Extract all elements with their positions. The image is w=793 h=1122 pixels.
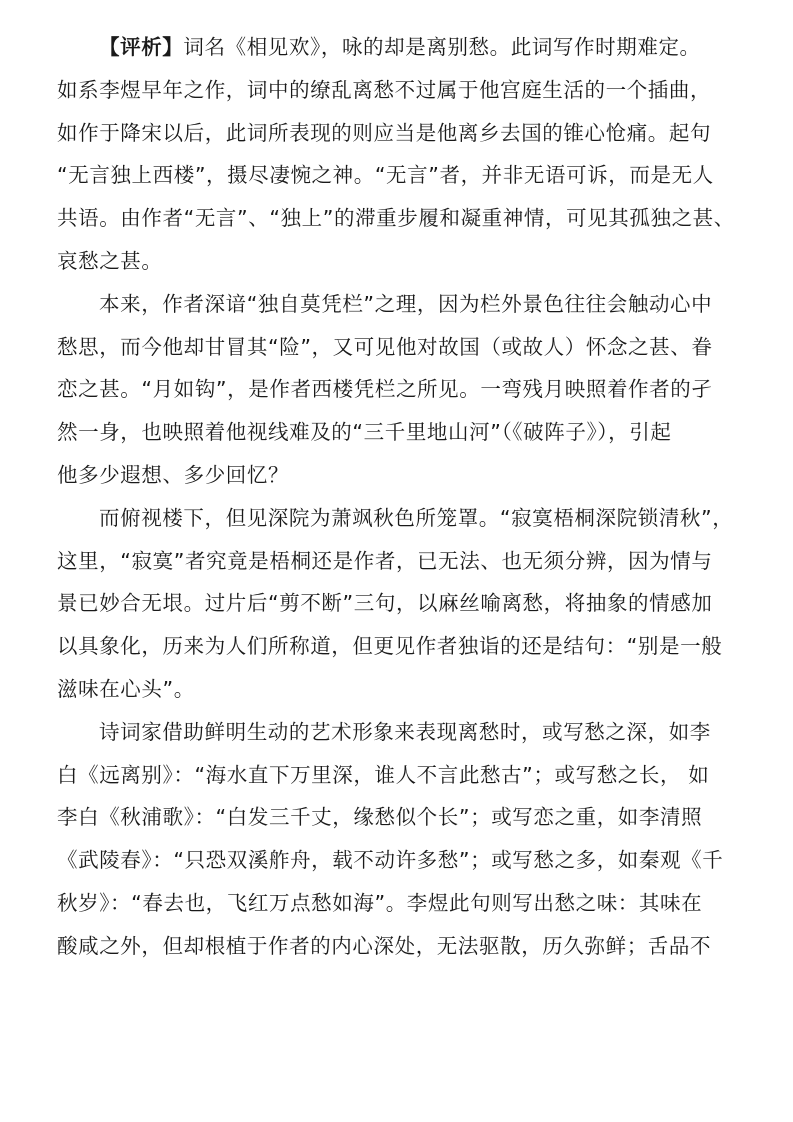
text-line: 如系李煜早年之作，词中的缭乱离愁不过属于他宫庭生活的一个插曲，: [57, 69, 737, 112]
text-line: 然一身，也映照着他视线难及的“三千里地山河”（《破阵子》），引起: [57, 411, 737, 454]
text-line: 这里，“寂寞”者究竟是梧桐还是作者，已无法、也无须分辨，因为情与: [57, 540, 737, 583]
paragraph-railing: 本来，作者深谙“独自莫凭栏”之理，因为栏外景色往往会触动心中 愁思，而今他却甘冒…: [57, 283, 737, 497]
text-line: 以具象化，历来为人们所称道，但更见作者独诣的还是结句：“别是一般: [57, 625, 737, 668]
text-line: “无言独上西楼”，摄尽凄惋之神。“无言”者，并非无语可诉，而是无人: [57, 154, 737, 197]
text-line: 他多少遐想、多少回忆？: [57, 454, 737, 497]
text-line: 恋之甚。“月如钩”，是作者西楼凭栏之所见。一弯残月映照着作者的孑: [57, 368, 737, 411]
text-line: 酸咸之外，但却根植于作者的内心深处，无法驱散，历久弥鲜；舌品不: [57, 925, 737, 968]
paragraph-courtyard: 而俯视楼下，但见深院为萧飒秋色所笼罩。“寂寞梧桐深院锁清秋”， 这里，“寂寞”者…: [57, 497, 737, 711]
text-line: 诗词家借助鲜明生动的艺术形象来表现离愁时，或写愁之深，如李: [57, 711, 737, 754]
commentary-label: 【评析】: [99, 35, 183, 59]
text-line: 李白《秋浦歌》：“白发三千丈，缘愁似个长”；或写恋之重，如李清照: [57, 796, 737, 839]
text-line: 《武陵春》：“只恐双溪舴舟，载不动许多愁”；或写愁之多，如秦观《千: [57, 839, 737, 882]
text-line: 愁思，而今他却甘冒其“险”，又可见他对故国（或故人）怀念之甚、眷: [57, 326, 737, 369]
text-line: 滋味在心头”。: [57, 668, 737, 711]
text-line: 如作于降宋以后，此词所表现的则应当是他离乡去国的锥心怆痛。起句: [57, 112, 737, 155]
text-line: 共语。由作者“无言”、“独上”的滞重步履和凝重神情，可见其孤独之甚、: [57, 197, 737, 240]
text-line: 秋岁》：“春去也，飞红万点愁如海”。李煜此句则写出愁之味：其味在: [57, 882, 737, 925]
paragraph-commentary-intro: 【评析】词名《相见欢》，咏的却是离别愁。此词写作时期难定。 如系李煜早年之作，词…: [57, 26, 737, 283]
text-line: 本来，作者深谙“独自莫凭栏”之理，因为栏外景色往往会触动心中: [57, 283, 737, 326]
text-line: 【评析】词名《相见欢》，咏的却是离别愁。此词写作时期难定。: [57, 26, 737, 69]
text-line: 哀愁之甚。: [57, 240, 737, 283]
paragraph-sorrow-comparison: 诗词家借助鲜明生动的艺术形象来表现离愁时，或写愁之深，如李 白《远离别》：“海水…: [57, 711, 737, 968]
text-line: 景已妙合无垠。过片后“剪不断”三句，以麻丝喻离愁，将抽象的情感加: [57, 582, 737, 625]
text-line: 白《远离别》：“海水直下万里深，谁人不言此愁古”；或写愁之长， 如: [57, 754, 737, 797]
document-body: 【评析】词名《相见欢》，咏的却是离别愁。此词写作时期难定。 如系李煜早年之作，词…: [57, 26, 737, 968]
document-page: 【评析】词名《相见欢》，咏的却是离别愁。此词写作时期难定。 如系李煜早年之作，词…: [0, 0, 793, 1122]
text-line: 而俯视楼下，但见深院为萧飒秋色所笼罩。“寂寞梧桐深院锁清秋”，: [57, 497, 737, 540]
